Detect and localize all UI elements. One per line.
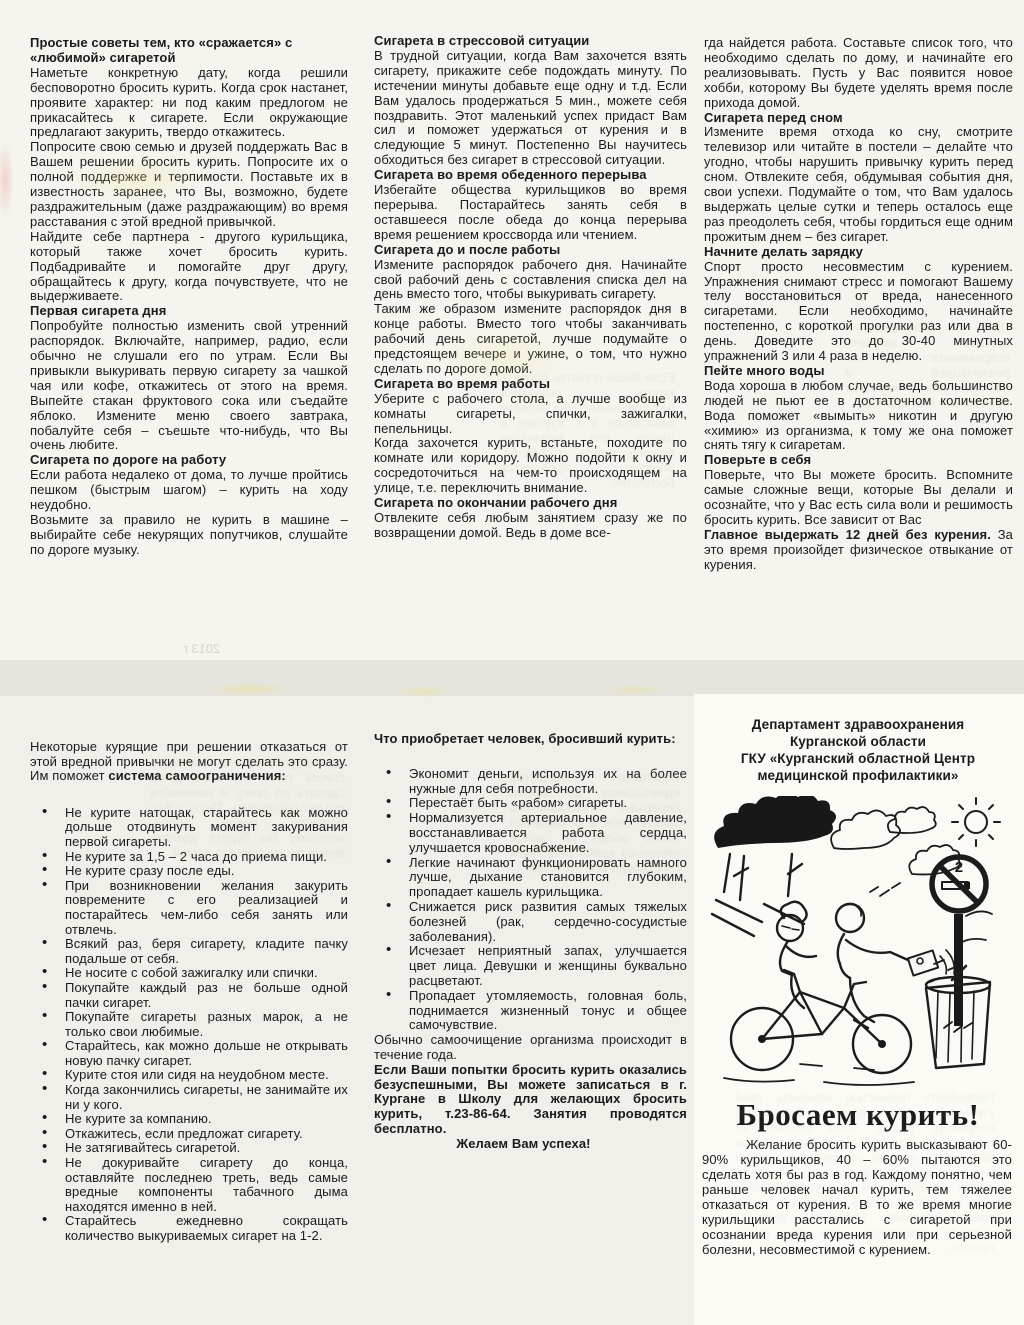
paragraph: Спорт просто несовместим с курением. Упр… [704,260,1013,364]
scan-page-back: Некоторые курящие при решении отказаться… [0,660,1024,1325]
paragraph: Обычно самоочищение организма происходит… [374,1033,687,1063]
section-heading: Простые советы тем, кто «сражается» с «л… [30,36,348,66]
org-line: ГКУ «Курганский областной Центр [710,750,1006,767]
intro-emphasis: система самоограничения: [108,768,285,783]
bullet-item: Снижается риск развития самых тяжелых бо… [374,900,687,944]
section-heading: Сигарета по дороге на работу [30,453,348,468]
bullet-item: Исчезает неприятный запах, улучшается цв… [374,944,687,988]
paragraph: Отвлеките себя любым занятием сразу же п… [374,511,687,541]
section-heading: Сигарета по окончании рабочего дня [374,496,687,511]
section-heading: Что приобретает человек, бросивший курит… [374,732,687,747]
illustration-drawing: 2 [704,796,1004,1088]
benefits-list: Экономит деньги, используя их на более н… [374,767,687,1033]
quit-smoking-illustration: 2 [704,796,1016,1092]
section-heading: Поверьте в себя [704,453,1013,468]
bullet-item: Всякий раз, беря сигарету, кладите пачку… [30,937,348,966]
paragraph: Измените время отхода ко сну, смотрите т… [704,125,1013,244]
section-heading: Сигарета до и после работы [374,243,687,258]
org-line: Департамент здравоохранения [710,716,1006,733]
column-back-right: Департамент здравоохранения Курганской о… [700,716,1016,1258]
scan-stain [0,140,14,220]
bullet-item: Не затягивайтесь сигаретой. [30,1141,348,1156]
bullet-item: Не курите сразу после еды. [30,864,348,879]
bullet-item: Покупайте каждый раз не больше одной пач… [30,981,348,1010]
section-heading: Сигарета в стрессовой ситуации [374,34,687,49]
column-front-right: гда найдется работа. Составьте список то… [704,36,1013,573]
paragraph: Измените распорядок рабочего дня. Начина… [374,258,687,303]
bullet-item: Пропадает утомляемость, головная боль, п… [374,989,687,1033]
bullet-item: Не носите с собой зажигалку или спички. [30,966,348,981]
paragraph: Если работа недалеко от дома, то лучше п… [30,468,348,513]
scan-page-front: Простые советы тем, кто «сражается» с «л… [0,0,1024,660]
paragraph: Попросите свою семью и друзей поддержать… [30,140,348,229]
column-front-left: Простые советы тем, кто «сражается» с «л… [30,36,348,558]
scan-edge-band [0,660,1024,696]
bullet-item: Курите стоя или сидя на неудобном месте. [30,1068,348,1083]
org-line: Курганской области [710,733,1006,750]
sun-icon [952,798,1000,846]
paragraph: Поверьте, что Вы можете бросить. Вспомни… [704,468,1013,528]
paragraph: гда найдется работа. Составьте список то… [704,36,1013,111]
school-info-paragraph: Если Ваши попытки бросить курить оказали… [374,1063,687,1137]
bullet-item: Нормализуется артериальное давление, вос… [374,811,687,855]
bullet-item: При возникновении желания закурить повре… [30,879,348,937]
section-heading: Сигарета во время работы [374,377,687,392]
cyclists [731,902,911,1073]
bullet-item: Покупайте сигареты разных марок, а не то… [30,1010,348,1039]
bullet-item: Старайтесь ежедневно сокращать количеств… [30,1214,348,1243]
section-heading: Начните делать зарядку [704,245,1013,260]
dark-trees [712,796,836,936]
org-line: медицинской профилактики» [710,767,1006,784]
self-restriction-list: Не курите натощак, старайтесь как можно … [30,806,348,1244]
brochure-title: Бросаем курить! [700,1108,1016,1123]
paragraph: Вода хороша в любом случае, ведь большин… [704,379,1013,454]
brochure-scan: { "page1": { "col1": { "heading": "Прост… [0,0,1024,1325]
intro-paragraph: Некоторые курящие при решении отказаться… [30,740,348,784]
cigarette-pack [908,950,954,976]
bullet-item: Откажитесь, если предложат сигарету. [30,1127,348,1142]
svg-text:2: 2 [955,859,963,876]
paragraph: В трудной ситуации, когда Вам захочется … [374,49,687,168]
paragraph: Возьмите за правило не курить в машине –… [30,513,348,558]
bullet-item: Не докуривайте сигарету до конца, оставл… [30,1156,348,1214]
organization-name: Департамент здравоохранения Курганской о… [700,716,1016,784]
closing-wish: Желаем Вам успеха! [374,1137,687,1152]
paragraph: Таким же образом измените распорядок дня… [374,302,687,377]
bleed-through-year: 2013 г [183,641,220,656]
column-back-middle: Что приобретает человек, бросивший курит… [374,732,687,1152]
section-heading: Первая сигарета дня [30,304,348,319]
paragraph: Главное выдержать 12 дней без курения. З… [704,528,1013,573]
paragraph: Наметьте конкретную дату, когда решили б… [30,66,348,141]
column-front-middle: Сигарета в стрессовой ситуации В трудной… [374,34,687,541]
paragraph: Избегайте общества курильщиков во время … [374,183,687,243]
paragraph: Когда захочется курить, встаньте, походи… [374,436,687,496]
ground-lines [724,1064,914,1085]
bullet-item: Не курите за компанию. [30,1112,348,1127]
bullet-item: Не курите натощак, старайтесь как можно … [30,806,348,850]
bullet-item: Не курите за 1,5 – 2 часа до приема пищи… [30,850,348,865]
paragraph: Желание бросить курить высказывают 60- 9… [700,1137,1016,1258]
bullet-item: Когда закончились сигареты, не занимайте… [30,1083,348,1112]
emphasis-lead: Главное выдержать 12 дней без курения. [704,527,991,542]
bullet-item: Перестаёт быть «рабом» сигареты. [374,796,687,811]
section-heading: Пейте много воды [704,364,1013,379]
no-smoking-sign-icon: 2 [932,857,986,1032]
paragraph: Найдите себе партнера - другого курильщи… [30,230,348,305]
bullet-item: Экономит деньги, используя их на более н… [374,767,687,797]
paragraph: Уберите с рабочего стола, а лучше вообще… [374,392,687,437]
column-back-left: Некоторые курящие при решении отказаться… [30,740,348,1244]
paragraph: Попробуйте полностью изменить свой утрен… [30,319,348,453]
section-heading: Сигарета перед сном [704,111,1013,126]
section-heading: Сигарета во время обеденного перерыва [374,168,687,183]
bullet-item: Легкие начинают функционировать намного … [374,856,687,900]
bullet-item: Старайтесь, как можно дольше не открыват… [30,1039,348,1068]
